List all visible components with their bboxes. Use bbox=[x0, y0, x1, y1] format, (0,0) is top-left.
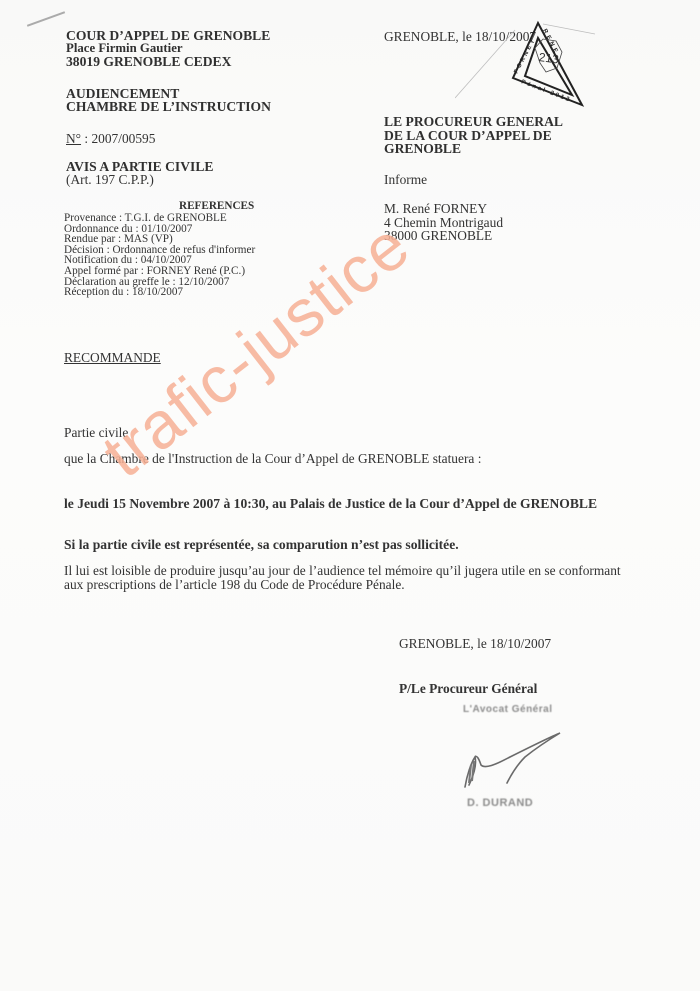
sender-line-1: LE PROCUREUR GENERAL bbox=[384, 115, 563, 128]
case-number: N° : 2007/00595 bbox=[66, 131, 155, 147]
informe-label: Informe bbox=[384, 172, 427, 188]
recipient-name: M. René FORNEY bbox=[384, 202, 503, 216]
references-list: Provenance : T.G.I. de GRENOBLE Ordonnan… bbox=[64, 213, 255, 298]
sender-line-3: GRENOBLE bbox=[384, 142, 461, 155]
references-title: REFERENCES bbox=[179, 200, 254, 212]
signature-date: GRENOBLE, le 18/10/2007 bbox=[399, 636, 551, 652]
court-city: 38019 GRENOBLE CEDEX bbox=[66, 55, 231, 68]
reference-line: Provenance : T.G.I. de GRENOBLE bbox=[64, 213, 255, 224]
signatory-title: P/Le Procureur Général bbox=[399, 681, 537, 697]
case-number-value: : 2007/00595 bbox=[81, 131, 155, 146]
intro-line: que la Chambre de l'Instruction de la Co… bbox=[64, 451, 481, 467]
pen-mark bbox=[27, 11, 65, 27]
notice-article: (Art. 197 C.P.P.) bbox=[66, 172, 154, 188]
reference-line: Réception du : 18/10/2007 bbox=[64, 287, 255, 298]
hearing-line: le Jeudi 15 Novembre 2007 à 10:30, au Pa… bbox=[64, 496, 597, 512]
recipient-street: 4 Chemin Montrigaud bbox=[384, 216, 503, 230]
case-number-label: N° bbox=[66, 131, 81, 146]
addressee: Partie civile bbox=[64, 425, 128, 441]
avocat-general-stamp: L'Avocat Général bbox=[463, 704, 552, 715]
recipient-city: 38000 GRENOBLE bbox=[384, 229, 503, 243]
handwritten-signature-icon bbox=[455, 725, 570, 795]
recipient-address: M. René FORNEY 4 Chemin Montrigaud 38000… bbox=[384, 202, 503, 243]
memo-paragraph: Il lui est loisible de produire jusqu’au… bbox=[64, 564, 621, 592]
document-page: COUR D’APPEL DE GRENOBLE Place Firmin Ga… bbox=[0, 0, 700, 991]
memo-line: Il lui est loisible de produire jusqu’au… bbox=[64, 564, 621, 578]
mail-type: RECOMMANDE bbox=[64, 350, 161, 366]
svg-text:FORNEY: FORNEY bbox=[513, 37, 537, 75]
triangle-stamp-icon: 213 FORNEY RENE Pénal 2012 bbox=[455, 18, 635, 108]
representation-line: Si la partie civile est représentée, sa … bbox=[64, 537, 459, 553]
durand-name-stamp: D. DURAND bbox=[467, 797, 533, 809]
memo-line: aux prescriptions de l’article 198 du Co… bbox=[64, 578, 621, 592]
section-chambre: CHAMBRE DE L’INSTRUCTION bbox=[66, 100, 271, 113]
reference-line: Appel formé par : FORNEY René (P.C.) bbox=[64, 266, 255, 277]
